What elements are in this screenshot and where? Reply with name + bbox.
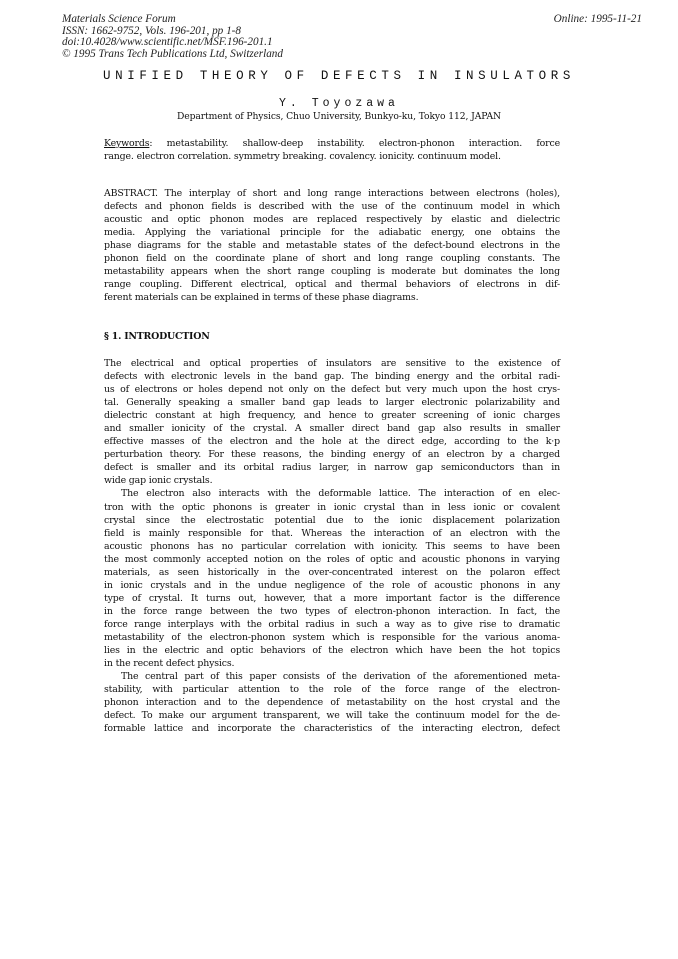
author-affiliation: Department of Physics, Chuo University, … [0, 111, 678, 122]
abstract-line: metastability appears when the short ran… [104, 265, 560, 278]
body-line: dielectric constant at high frequency, a… [104, 409, 560, 422]
introduction-body: The electrical and optical properties of… [104, 357, 560, 735]
paper-title: UNIFIED THEORY OF DEFECTS IN INSULATORS [0, 69, 678, 83]
abstract-line: ABSTRACT. The interplay of short and lon… [104, 187, 560, 200]
section-heading: § 1. INTRODUCTION [104, 331, 210, 342]
abstract-line: media. Applying the variational principl… [104, 226, 560, 239]
keywords-label: Keywords [104, 138, 149, 149]
body-line: stability, with particular attention to … [104, 683, 560, 696]
body-line: force range interplays with the orbital … [104, 618, 560, 631]
online-date: Online: 1995-11-21 [554, 14, 642, 26]
body-line: the most commonly accepted notion on the… [104, 553, 560, 566]
keywords-line: range. electron correlation. symmetry br… [104, 150, 560, 163]
body-line: tal. Generally speaking a smaller band g… [104, 396, 560, 409]
abstract: ABSTRACT. The interplay of short and lon… [104, 187, 560, 304]
paragraph: The electron also interacts with the def… [104, 487, 560, 670]
journal-name: Materials Science Forum [62, 14, 283, 26]
body-line: The central part of this paper consists … [104, 670, 560, 683]
body-line: and smaller ionicity of the crystal. A s… [104, 422, 560, 435]
abstract-line: defects and phonon fields is described w… [104, 200, 560, 213]
body-line: type of crystal. It turns out, however, … [104, 592, 560, 605]
body-line: in ionic crystals and in the undue negli… [104, 579, 560, 592]
abstract-line: range coupling. Different electrical, op… [104, 278, 560, 291]
keywords-block: Keywords: metastability. shallow-deep in… [104, 137, 560, 163]
body-line: materials, as seen historically in the o… [104, 566, 560, 579]
body-line: crystal since the electrostatic potentia… [104, 514, 560, 527]
body-line: formable lattice and incorporate the cha… [104, 722, 560, 735]
abstract-line: ferent materials can be explained in ter… [104, 291, 560, 304]
body-line: field is mainly responsible for that. Wh… [104, 527, 560, 540]
body-line: The electron also interacts with the def… [104, 487, 560, 500]
body-line: in the recent defect physics. [104, 657, 560, 670]
author-name: Y. Toyozawa [0, 97, 678, 110]
body-line: us of electrons or holes depend not only… [104, 383, 560, 396]
abstract-line: phonon field on the coordinate plane of … [104, 252, 560, 265]
body-line: phonon interaction and to the dependence… [104, 696, 560, 709]
body-line: lies in the electric and optic behaviors… [104, 644, 560, 657]
citation-header: Materials Science Forum ISSN: 1662-9752,… [62, 14, 283, 60]
abstract-line: phase diagrams for the stable and metast… [104, 239, 560, 252]
paragraph: The electrical and optical properties of… [104, 357, 560, 487]
body-line: defect. To make our argument transparent… [104, 709, 560, 722]
abstract-line: acoustic and optic phonon modes are repl… [104, 213, 560, 226]
keywords-line: : metastability. shallow-deep instabilit… [149, 138, 560, 149]
body-line: The electrical and optical properties of… [104, 357, 560, 370]
body-line: defect is smaller and its orbital radius… [104, 461, 560, 474]
body-line: perturbation theory. For these reasons, … [104, 448, 560, 461]
body-line: wide gap ionic crystals. [104, 474, 560, 487]
body-line: in the force range between the two types… [104, 605, 560, 618]
copyright-line: © 1995 Trans Tech Publications Ltd, Swit… [62, 49, 283, 61]
body-line: acoustic phonons has no particular corre… [104, 540, 560, 553]
body-line: metastability of the electron-phonon sys… [104, 631, 560, 644]
body-line: tron with the optic phonons is greater i… [104, 501, 560, 514]
paragraph: The central part of this paper consists … [104, 670, 560, 735]
body-line: effective masses of the electron and the… [104, 435, 560, 448]
body-line: defects with electronic levels in the ba… [104, 370, 560, 383]
